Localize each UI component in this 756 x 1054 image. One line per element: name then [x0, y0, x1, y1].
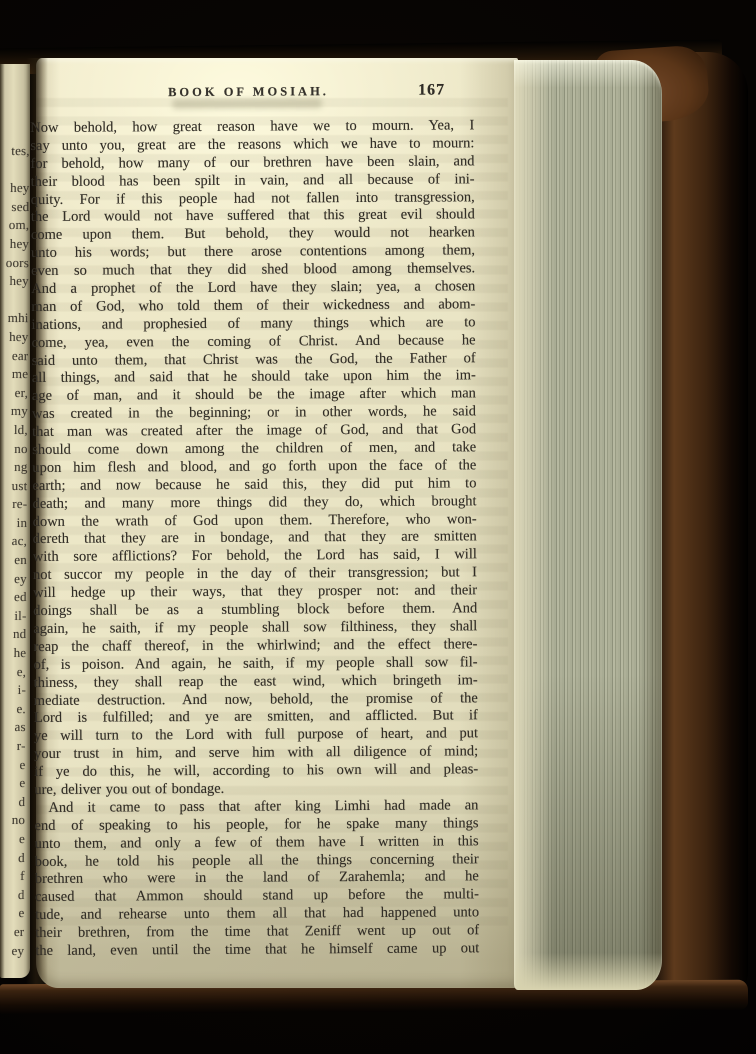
facing-fragment: r-	[0, 737, 26, 756]
running-title: BOOK OF MOSIAH.	[168, 84, 329, 100]
text-line: reap the chaff thereof, in the whirlwind…	[33, 636, 477, 657]
facing-fragment: hey	[1, 328, 28, 347]
text-line: inations, and prophesied of many things …	[31, 314, 475, 335]
facing-fragment: e	[0, 830, 25, 849]
facing-fragment: f	[0, 867, 25, 886]
facing-fragment: my	[1, 402, 28, 421]
facing-fragment: ey	[0, 941, 24, 960]
facing-fragment: e	[0, 755, 26, 774]
facing-fragment: ld,	[1, 421, 28, 440]
text-line: for behold, how many of our brethren hav…	[30, 153, 474, 174]
facing-fragment: il-	[0, 607, 27, 626]
text-line: end of speaking to his people, for he sp…	[34, 815, 478, 836]
text-line: of, is poison. And again, he saith, if m…	[33, 654, 477, 675]
facing-fragment: en	[0, 551, 27, 570]
text-line: their blood has been spilt in vain, and …	[31, 171, 475, 192]
facing-fragment: hey	[2, 272, 29, 291]
facing-fragment: er,	[1, 384, 28, 403]
facing-fragment: er	[0, 923, 24, 942]
facing-fragment: no	[1, 439, 28, 458]
facing-fragment: me	[1, 365, 28, 384]
facing-fragment: ac,	[0, 532, 27, 551]
facing-fragment: e.	[0, 700, 26, 719]
facing-fragment: no	[0, 811, 25, 830]
text-line: come, yea, even the coming of Christ. An…	[32, 332, 476, 353]
printed-page-content: BOOK OF MOSIAH. 167 Now behold, how grea…	[30, 81, 479, 961]
facing-fragment: ey	[0, 570, 27, 589]
facing-fragment: e	[0, 904, 25, 923]
facing-fragment: in	[0, 514, 27, 533]
facing-fragment: d	[0, 793, 25, 812]
text-line: death; and many more things did they do,…	[33, 493, 477, 514]
facing-fragment: ed	[0, 588, 27, 607]
facing-fragment: ear	[1, 346, 28, 365]
facing-fragment: e,	[0, 663, 26, 682]
page-number: 167	[418, 81, 445, 99]
facing-fragment: oors	[2, 253, 29, 272]
facing-fragment: re-	[0, 495, 27, 514]
facing-fragment: mhi	[2, 309, 29, 328]
facing-fragment	[2, 291, 29, 310]
facing-fragment: nd	[0, 625, 26, 644]
text-line: thiness, they shall reap the east wind, …	[34, 672, 478, 693]
text-line: unto them, and only a few of them have I…	[35, 833, 479, 854]
text-line: earth; and now because he said this, the…	[32, 475, 476, 496]
page-edges-stack	[514, 60, 662, 990]
facing-fragment: e	[0, 774, 25, 793]
facing-fragment: as	[0, 718, 26, 737]
facing-fragment: he	[0, 644, 26, 663]
photo-of-open-book: tes,heysedom,heyoorsheymhiheyearmeer,myl…	[0, 0, 756, 1054]
facing-fragment: ng	[1, 458, 28, 477]
page-header: BOOK OF MOSIAH. 167	[30, 81, 474, 120]
facing-fragment: ust	[0, 477, 27, 496]
leather-cover-right	[648, 52, 748, 1002]
facing-fragment: d	[0, 848, 25, 867]
text-line: if ye do this, he will, according to his…	[34, 761, 478, 782]
facing-fragment: i-	[0, 681, 26, 700]
body-text: Now behold, how great reason have we to …	[30, 117, 479, 961]
facing-fragment: d	[0, 886, 25, 905]
text-line: And it came to pass that after king Limh…	[34, 797, 478, 818]
text-line: the land, even until the time that he hi…	[35, 940, 479, 961]
